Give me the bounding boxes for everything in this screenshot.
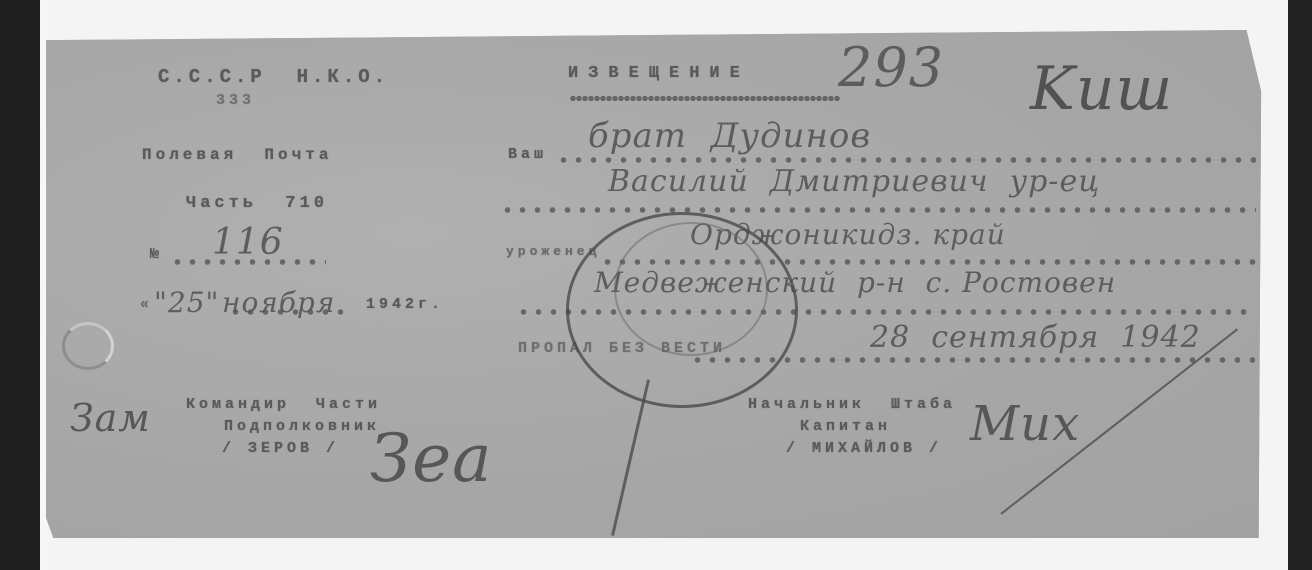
corner-handwritten-note: Kиш [1030, 54, 1173, 124]
chief-of-staff-rank: Капитан [800, 418, 891, 435]
header-ussr-nko: С.С.С.Р Н.К.О. [158, 66, 389, 88]
commander-signature: Зеа [370, 420, 493, 497]
scan-border-left [0, 0, 40, 570]
date-day: "25" [154, 286, 219, 319]
label-addressee: Ваш [508, 146, 547, 163]
chief-of-staff-name: / МИХАЙЛОВ / [786, 440, 942, 457]
chief-of-staff-title: Начальник Штаба [748, 396, 956, 413]
scan-border-right [1288, 0, 1312, 570]
document-number: 116 [212, 222, 284, 263]
header-unit-code: 333 [216, 92, 255, 109]
addressee-dotted-line-1 [556, 156, 1256, 164]
date-day-quote: « [140, 296, 153, 313]
margin-scribble: Зам [70, 396, 151, 440]
commander-name: / ЗЕРОВ / [222, 440, 339, 457]
chief-of-staff-signature: Мих [970, 396, 1080, 452]
missing-date: 28 сентября 1942 [870, 320, 1201, 355]
number-label: № [150, 246, 163, 263]
header-field-post: Полевая Почта [142, 146, 332, 164]
title-handwritten-number: 293 [838, 36, 944, 99]
date-dotted-line [228, 308, 346, 316]
addressee-line-2: Василий Дмитриевич ур-ец [608, 164, 1100, 199]
addressee-dotted-line-2 [500, 206, 1256, 214]
commander-title: Командир Части [186, 396, 381, 413]
document-title: ИЗВЕЩЕНИЕ [568, 64, 750, 83]
header-unit-number: Часть 710 [186, 194, 328, 213]
title-underline [570, 96, 840, 101]
paper-damage-mark [62, 322, 114, 370]
date-year: 1942г. [366, 296, 444, 313]
commander-rank: Подполковник [224, 418, 380, 435]
addressee-line-1: брат Дудинов [588, 116, 871, 156]
seal-inner-ring [614, 222, 768, 356]
